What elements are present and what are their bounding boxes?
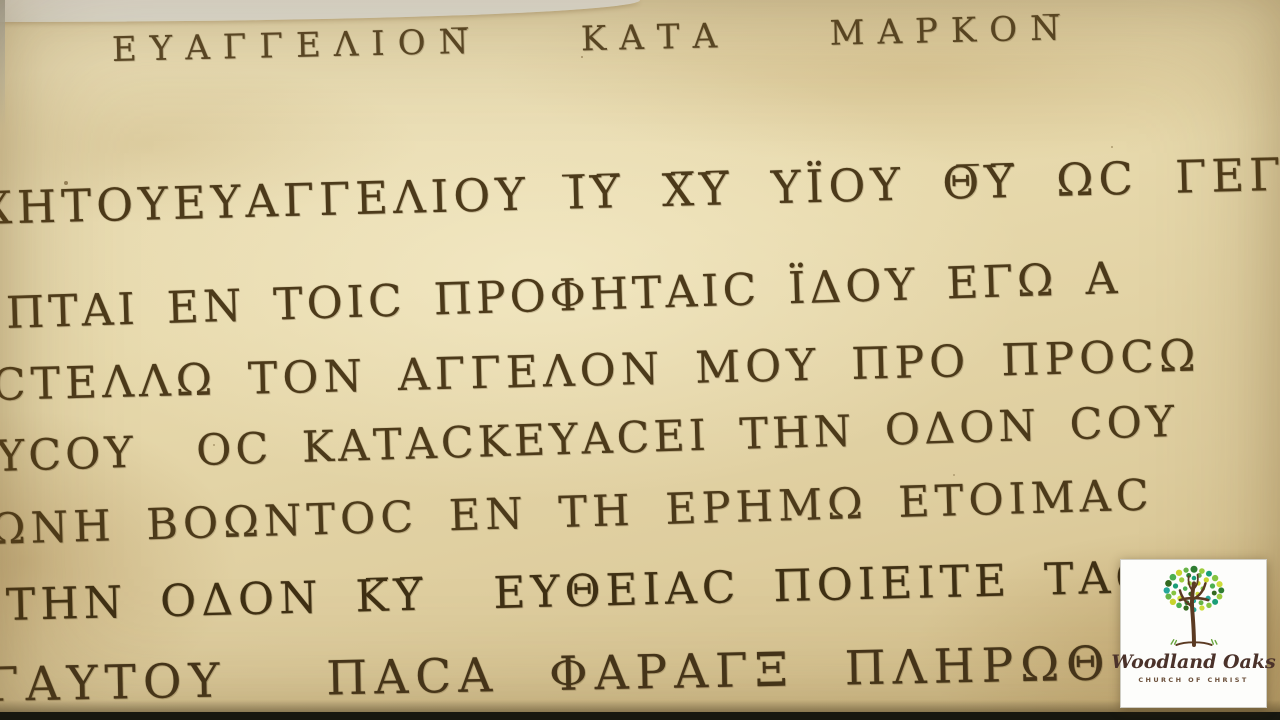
manuscript-text-line-3: CΤΕΛΛΩ ΤΟΝ ΑΓΓΕΛΟΝ ΜΟΥ ΠΡΟ ΠΡΟCΩ <box>0 330 1201 411</box>
sermon-slide: ΕΥΑΓΓΕΛΙΟΝ̅ ΚΑΤΑ ΜΑΡΚΟΝ̅ ΧΗΤΟΥΕΥΑΓΓΕΛΙΟΥ… <box>0 0 1280 720</box>
photo-bottom-shadow <box>0 700 1280 712</box>
parchment-top-edge <box>0 0 640 22</box>
manuscript-text-line-2: ΠΤΑΙ ΕΝ ΤΟΙC ΠΡΟΦΗΤΑΙC ΪΔΟΥ ΕΓΩ Α <box>5 253 1122 339</box>
manuscript-text-line-4: ΥCΟΥ ΟC ΚΑΤΑCΚΕΥΑCΕΙ ΤΗΝ ΟΔΟΝ CΟΥ <box>0 397 1179 482</box>
parchment-left-edge <box>0 0 5 130</box>
tree-trunk <box>1176 575 1211 645</box>
manuscript-text-line-5: ΩΝΗ ΒΟΩΝΤΟC ΕΝ ΤΗ ΕΡΗΜΩ ΕΤΟΙΜΑC <box>0 470 1154 555</box>
manuscript-text-line-1: ΧΗΤΟΥΕΥΑΓΓΕΛΙΟΥ Ι̅Υ̅ Χ̅Υ̅ ΥΪΟΥ Θ̅Υ̅ ΩC Γ… <box>0 147 1280 235</box>
logo-wordmark: Woodland Oaks <box>1111 653 1275 672</box>
manuscript-text-line-6: ΤΗΝ ΟΔΟΝ Κ̅Υ̅ ΕΥΘΕΙΑC ΠΟΙΕΙΤΕ ΤΑC <box>5 552 1154 631</box>
logo-subtitle: CHURCH OF CHRIST <box>1138 676 1248 684</box>
photo-bottom-border <box>0 712 1280 720</box>
oak-tree-icon <box>1149 564 1239 652</box>
church-logo: Woodland Oaks CHURCH OF CHRIST <box>1120 559 1267 708</box>
